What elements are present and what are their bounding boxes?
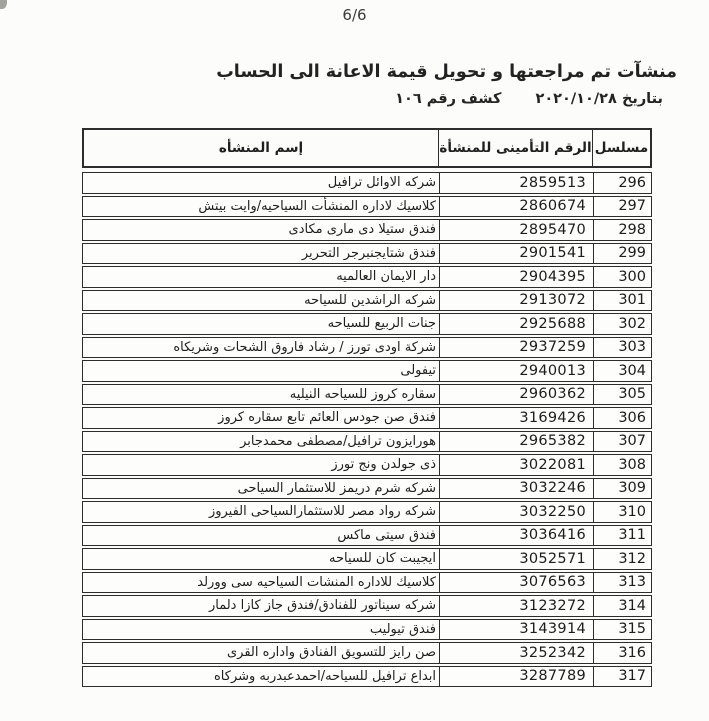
table-row: 304 2940013 تيفولى xyxy=(82,360,652,382)
cell-serial: 303 xyxy=(594,338,651,358)
scanned-document-page: 6/6 منشآت تم مراجعتها و تحويل قيمة الاعا… xyxy=(0,0,709,721)
table-row: 314 3123272 شركه سيناتور للفنادق/فندق جا… xyxy=(82,595,652,617)
cell-serial: 304 xyxy=(594,361,651,381)
cell-insurance-number: 2913072 xyxy=(440,291,594,311)
cell-establishment-name: دار الايمان العالميه xyxy=(83,267,440,287)
table-row: 309 3032246 شركه شرم دريمز للاستثمار الس… xyxy=(82,478,652,500)
table-row: 300 2904395 دار الايمان العالميه xyxy=(82,266,652,288)
document-header: منشآت تم مراجعتها و تحويل قيمة الاعانة ا… xyxy=(60,62,677,107)
table-row: 299 2901541 فندق شتايجنبرجر التحرير xyxy=(82,243,652,265)
cell-serial: 314 xyxy=(594,596,651,616)
cell-establishment-name: هورايزون ترافيل/مصطفى محمدجابر xyxy=(83,432,440,452)
cell-insurance-number: 3143914 xyxy=(440,620,594,640)
cell-establishment-name: سقاره كروز للسياحه النيليه xyxy=(83,385,440,405)
cell-establishment-name: ذى جولدن ونج تورز xyxy=(83,455,440,475)
cell-serial: 296 xyxy=(594,173,651,193)
header-cell-establishment-name: إسم المنشأه xyxy=(84,130,439,166)
cell-insurance-number: 2940013 xyxy=(440,361,594,381)
cell-serial: 317 xyxy=(594,667,651,687)
cell-insurance-number: 3036416 xyxy=(440,526,594,546)
cell-serial: 298 xyxy=(594,220,651,240)
cell-establishment-name: فندق صن جودس العائم تابع سقاره كروز xyxy=(83,408,440,428)
header-cell-serial: مسلسل xyxy=(593,130,650,166)
cell-serial: 302 xyxy=(594,314,651,334)
table-row: 308 3022081 ذى جولدن ونج تورز xyxy=(82,454,652,476)
table-row: 306 3169426 فندق صن جودس العائم تابع سقا… xyxy=(82,407,652,429)
cell-serial: 315 xyxy=(594,620,651,640)
table-row: 297 2860674 كلاسيك لاداره المنشأت السياح… xyxy=(82,196,652,218)
document-title: منشآت تم مراجعتها و تحويل قيمة الاعانة ا… xyxy=(60,62,677,82)
cell-serial: 305 xyxy=(594,385,651,405)
cell-establishment-name: شركه الراشدين للسياحه xyxy=(83,291,440,311)
cell-serial: 306 xyxy=(594,408,651,428)
cell-establishment-name: شركه الاوائل ترافيل xyxy=(83,173,440,193)
table-row: 303 2937259 شركة اودى تورز / رشاد فاروق … xyxy=(82,337,652,359)
cell-insurance-number: 3123272 xyxy=(440,596,594,616)
cell-serial: 307 xyxy=(594,432,651,452)
cell-insurance-number: 3052571 xyxy=(440,549,594,569)
cell-establishment-name: فندق سيتى ماكس xyxy=(83,526,440,546)
table-row: 307 2965382 هورايزون ترافيل/مصطفى محمدجا… xyxy=(82,431,652,453)
cell-insurance-number: 3287789 xyxy=(440,667,594,687)
page-number: 6/6 xyxy=(0,6,709,24)
table-row: 302 2925688 جنات الربيع للسياحه xyxy=(82,313,652,335)
cell-establishment-name: صن رايز للتسويق الفنادق واداره القرى xyxy=(83,643,440,663)
cell-establishment-name: تيفولى xyxy=(83,361,440,381)
cell-establishment-name: فندق تيوليب xyxy=(83,620,440,640)
cell-establishment-name: فندق شتايجنبرجر التحرير xyxy=(83,244,440,264)
cell-serial: 297 xyxy=(594,197,651,217)
cell-establishment-name: جنات الربيع للسياحه xyxy=(83,314,440,334)
cell-insurance-number: 2859513 xyxy=(440,173,594,193)
cell-establishment-name: شركه شرم دريمز للاستثمار السياحى xyxy=(83,479,440,499)
cell-serial: 299 xyxy=(594,244,651,264)
cell-serial: 300 xyxy=(594,267,651,287)
cell-serial: 309 xyxy=(594,479,651,499)
cell-establishment-name: كلاسيك للاداره المنشات السياحيه سى وورلد xyxy=(83,573,440,593)
cell-insurance-number: 2901541 xyxy=(440,244,594,264)
table-header-row: مسلسل الرقم التأمينى للمنشأة إسم المنشأه xyxy=(82,128,652,168)
cell-insurance-number: 2965382 xyxy=(440,432,594,452)
cell-establishment-name: ايجيبت كان للسياحه xyxy=(83,549,440,569)
table-row: 310 3032250 شركه رواد مصر للاستثمارالسيا… xyxy=(82,501,652,523)
cell-insurance-number: 3022081 xyxy=(440,455,594,475)
cell-establishment-name: ابداع ترافيل للسياحه/احمدعبدربه وشركاه xyxy=(83,667,440,687)
cell-insurance-number: 2860674 xyxy=(440,197,594,217)
cell-insurance-number: 3076563 xyxy=(440,573,594,593)
cell-establishment-name: كلاسيك لاداره المنشأت السياحيه/وايت بيتش xyxy=(83,197,440,217)
table-body: 296 2859513 شركه الاوائل ترافيل 297 2860… xyxy=(82,172,652,687)
document-subtitle: بتاريخ ٢٠٢٠/١٠/٢٨ كشف رقم ١٠٦ xyxy=(60,91,677,107)
cell-serial: 308 xyxy=(594,455,651,475)
cell-insurance-number: 2904395 xyxy=(440,267,594,287)
table-row: 296 2859513 شركه الاوائل ترافيل xyxy=(82,172,652,194)
establishments-table: مسلسل الرقم التأمينى للمنشأة إسم المنشأه… xyxy=(82,128,652,689)
table-row: 313 3076563 كلاسيك للاداره المنشات السيا… xyxy=(82,572,652,594)
cell-establishment-name: شركه سيناتور للفنادق/فندق جاز كازا دلمار xyxy=(83,596,440,616)
cell-serial: 301 xyxy=(594,291,651,311)
table-row: 305 2960362 سقاره كروز للسياحه النيليه xyxy=(82,384,652,406)
cell-serial: 316 xyxy=(594,643,651,663)
table-row: 316 3252342 صن رايز للتسويق الفنادق وادا… xyxy=(82,642,652,664)
table-row: 311 3036416 فندق سيتى ماكس xyxy=(82,525,652,547)
cell-insurance-number: 3169426 xyxy=(440,408,594,428)
cell-insurance-number: 3252342 xyxy=(440,643,594,663)
cell-serial: 310 xyxy=(594,502,651,522)
cell-insurance-number: 3032246 xyxy=(440,479,594,499)
cell-insurance-number: 2960362 xyxy=(440,385,594,405)
cell-insurance-number: 3032250 xyxy=(440,502,594,522)
table-row: 298 2895470 فندق ستيلا دى مارى مكادى xyxy=(82,219,652,241)
table-row: 317 3287789 ابداع ترافيل للسياحه/احمدعبد… xyxy=(82,666,652,688)
cell-serial: 311 xyxy=(594,526,651,546)
sheet-number-label: كشف رقم ١٠٦ xyxy=(395,91,501,107)
cell-insurance-number: 2925688 xyxy=(440,314,594,334)
cell-serial: 313 xyxy=(594,573,651,593)
cell-serial: 312 xyxy=(594,549,651,569)
date-label: بتاريخ ٢٠٢٠/١٠/٢٨ xyxy=(535,91,663,107)
cell-establishment-name: شركة اودى تورز / رشاد فاروق الشحات وشريك… xyxy=(83,338,440,358)
cell-establishment-name: فندق ستيلا دى مارى مكادى xyxy=(83,220,440,240)
cell-insurance-number: 2895470 xyxy=(440,220,594,240)
table-row: 312 3052571 ايجيبت كان للسياحه xyxy=(82,548,652,570)
cell-insurance-number: 2937259 xyxy=(440,338,594,358)
table-row: 301 2913072 شركه الراشدين للسياحه xyxy=(82,290,652,312)
cell-establishment-name: شركه رواد مصر للاستثمارالسياحى الفيروز xyxy=(83,502,440,522)
table-row: 315 3143914 فندق تيوليب xyxy=(82,619,652,641)
header-cell-insurance-number: الرقم التأمينى للمنشأة xyxy=(439,130,593,166)
